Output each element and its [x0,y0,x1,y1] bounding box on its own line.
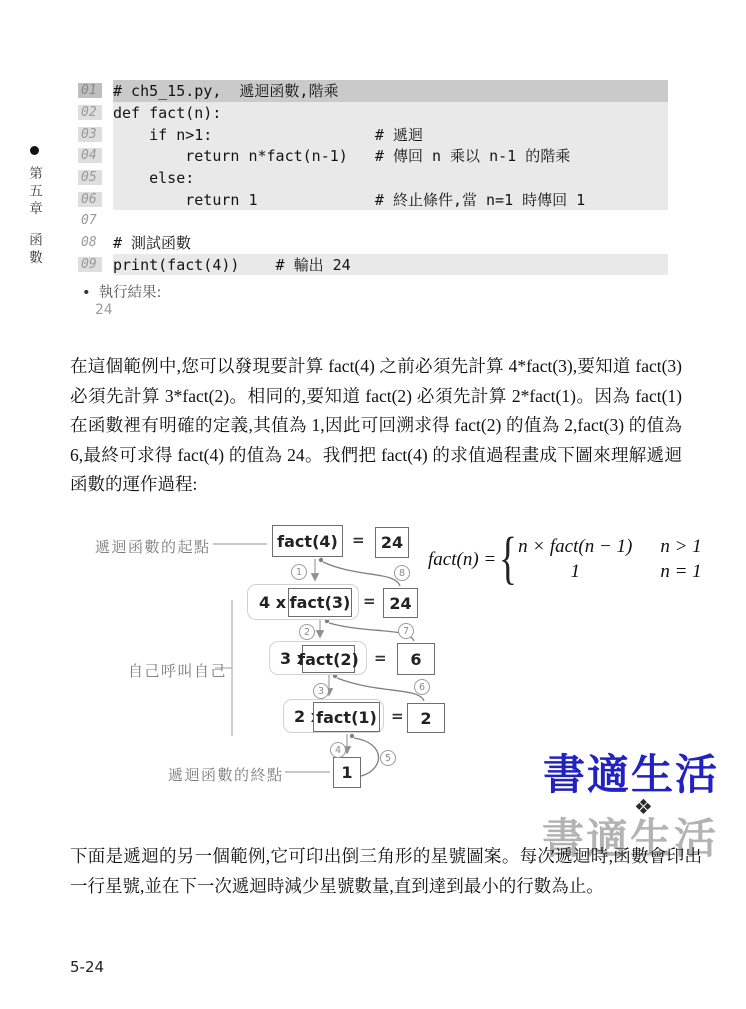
book-page: 第五章函數 01# ch5_15.py, 遞迴函數,階乘 02def fact(… [0,0,746,1009]
step-circle-8: 8 [394,565,410,581]
step-circle-7: 7 [398,623,414,639]
line-gutter-gap [102,232,113,254]
chapter-tab: 第五章函數 [24,166,44,268]
line-gutter-gap [102,80,113,102]
line-number: 05 [78,170,102,185]
result2-box: 2 [407,703,445,733]
code-listing: 01# ch5_15.py, 遞迴函數,階乘 02def fact(n): 03… [78,80,668,275]
page-number: 5-24 [70,958,104,976]
code-line: 07 [78,210,668,232]
formula-lhs: fact(n) = [428,549,496,571]
fact2-box: fact(2) [302,645,355,673]
chapter-bullet-dot [30,146,39,155]
multiplier-label: 4 x [259,593,286,612]
line-number: 01 [78,83,102,98]
code-line: 04 return n*fact(n-1) # 傳回 n 乘以 n-1 的階乘 [78,145,668,167]
line-number: 02 [78,105,102,120]
code-line: 02def fact(n): [78,102,668,124]
line-number: 03 [78,127,102,142]
chapter-label: 第五章 [27,166,42,219]
execution-result-label: 執行結果: [99,285,162,301]
code-text [113,210,668,232]
execution-result-label-row: •執行結果: [82,281,161,302]
line-number: 04 [78,148,102,163]
code-text: return 1 # 終止條件,當 n=1 時傳回 1 [113,188,668,210]
watermark-blue: 書適生活 [543,742,719,802]
step-circle-3: 3 [313,683,329,699]
line-gutter-gap [102,145,113,167]
paragraph-intro: 在這個範例中,您可以發現要計算 fact(4) 之前必須先計算 4*fact(3… [70,352,682,500]
code-line: 05 else: [78,167,668,189]
line-number: 06 [78,192,102,207]
code-text: return n*fact(n-1) # 傳回 n 乘以 n-1 的階乘 [113,145,668,167]
diagram-label-start: 遞迴函數的起點 [95,536,211,557]
line-gutter-gap [102,167,113,189]
execution-result-output: 24 [95,302,112,318]
terminal1-box: 1 [333,757,361,788]
step-circle-2: 2 [299,624,315,640]
diagram-label-self-call: 自己呼叫自己 [128,660,227,681]
line-gutter-gap [102,254,113,276]
line-gutter-gap [102,123,113,145]
code-line: 06 return 1 # 終止條件,當 n=1 時傳回 1 [78,188,668,210]
formula-case2-cond: n = 1 [660,561,701,583]
code-line: 01# ch5_15.py, 遞迴函數,階乘 [78,80,668,102]
line-gutter-gap [102,188,113,210]
step-circle-1: 1 [291,564,307,580]
code-text: print(fact(4)) # 輸出 24 [113,254,668,276]
line-number: 09 [78,257,102,272]
line-gutter-gap [102,102,113,124]
paragraph-footer: 下面是遞迴的另一個範例,它可印出倒三角形的星號圖案。每次遞迴時,函數會印出一行星… [70,842,702,901]
bullet-icon: • [82,285,91,301]
fact1-box: fact(1) [313,702,380,732]
fact3-box: fact(3) [288,588,352,617]
code-line: 09print(fact(4)) # 輸出 24 [78,254,668,276]
formula-cases: n × fact(n − 1) n > 1 1 n = 1 [518,536,702,583]
code-text: def fact(n): [113,102,668,124]
factorial-formula: fact(n) = { n × fact(n − 1) n > 1 1 n = … [428,536,702,583]
code-text: # ch5_15.py, 遞迴函數,階乘 [113,80,668,102]
line-gutter-gap [102,210,113,232]
step-circle-4: 4 [330,742,346,758]
formula-case2-expr: 1 [518,561,632,583]
fact4-box: fact(4) [272,525,343,557]
result6-box: 6 [397,643,435,675]
code-text: # 測試函數 [113,232,668,254]
watermark-diamond-icon: ❖ [634,795,653,819]
result24a-box: 24 [375,527,409,558]
diagram-label-end: 遞迴函數的終點 [168,764,284,785]
equals-sign: = [363,592,376,610]
step-circle-6: 6 [414,679,430,695]
equals-sign: = [391,707,404,725]
code-line: 03 if n>1: # 遞迴 [78,123,668,145]
step-circle-5: 5 [380,750,396,766]
equals-sign: = [374,649,387,667]
line-number: 08 [78,235,102,250]
equals-sign: = [352,531,365,549]
line-number: 07 [78,213,102,228]
code-line: 08# 測試函數 [78,232,668,254]
formula-case1-cond: n > 1 [660,536,701,558]
code-text: if n>1: # 遞迴 [113,123,668,145]
code-text: else: [113,167,668,189]
section-label: 函數 [27,233,42,268]
result24b-box: 24 [383,588,418,618]
formula-case1-expr: n × fact(n − 1) [518,536,632,558]
